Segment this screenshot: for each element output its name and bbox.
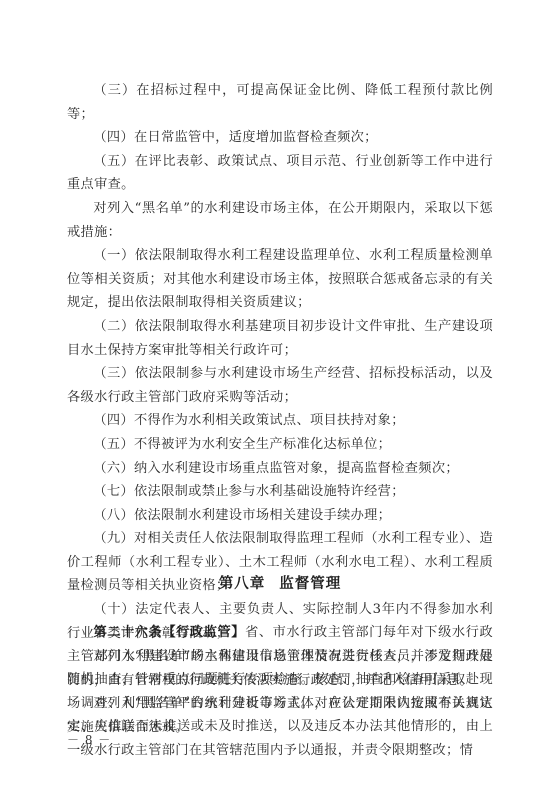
- paragraph: （八）依法限制水利建设市场相关建设手续办理；: [67, 504, 493, 528]
- paragraph: （五）在评比表彰、政策试点、项目示范、行业创新等工作中进行重点审查。: [67, 150, 493, 197]
- paragraph: （一）依法限制取得水利工程建设监理单位、水利工程质量检测单位等相关资质；对其他水…: [67, 244, 493, 315]
- paragraph: （三）在招标过程中，可提高保证金比例、降低工程预付款比例等；: [67, 79, 493, 126]
- paragraph: （四）在日常监管中，适度增加监督检查频次；: [67, 126, 493, 150]
- article-text: 省、市水行政主管部门每年对下级水行政主管部门水利建设市场主体信用信息管理情况进行…: [67, 625, 493, 758]
- paragraph: （三）依法限制参与水利建设市场生产经营、招标投标活动，以及各级水行政主管部门政府…: [67, 362, 493, 409]
- paragraph: （二）依法限制取得水利基建项目初步设计文件审批、生产建设项目水土保持方案审批等相…: [67, 315, 493, 362]
- paragraph: 对列入“黑名单”的水利建设市场主体，在公开期限内，采取以下惩戒措施：: [67, 197, 493, 244]
- document-page: （三）在招标过程中，可提高保证金比例、降低工程预付款比例等； （四）在日常监管中…: [0, 0, 560, 793]
- chapter-title: 监督管理: [279, 576, 341, 592]
- paragraph: （七）依法限制或禁止参与水利基础设施特许经营；: [67, 480, 493, 504]
- page-number: － 8 －: [67, 731, 111, 748]
- chapter-heading: 第八章监督管理: [0, 572, 560, 593]
- chapter-number: 第八章: [219, 576, 266, 592]
- paragraph: （五）不得被评为水利安全生产标准化达标单位；: [67, 433, 493, 457]
- article-paragraph: 第二十六条【行政监管】省、市水行政主管部门每年对下级水行政主管部门水利建设市场主…: [67, 621, 493, 763]
- article-label: 第二十六条【行政监管】: [93, 625, 245, 640]
- paragraph: （四）不得作为水利相关政策试点、项目扶持对象；: [67, 409, 493, 433]
- article-section: 第二十六条【行政监管】省、市水行政主管部门每年对下级水行政主管部门水利建设市场主…: [67, 621, 493, 763]
- paragraph: （六）纳入水利建设市场重点监管对象，提高监督检查频次；: [67, 457, 493, 481]
